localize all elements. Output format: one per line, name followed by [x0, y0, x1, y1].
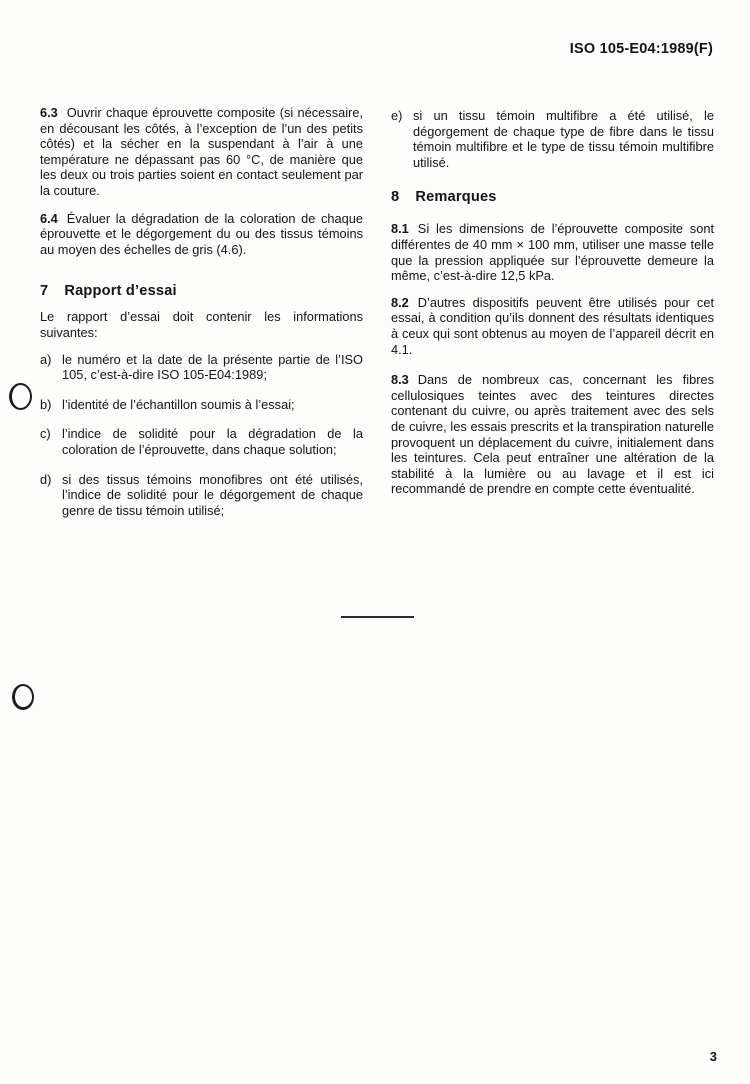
clause-text: D’autres dispositifs peuvent être utilis… [391, 295, 714, 357]
clause-text: Ouvrir chaque éprouvette composite (si n… [40, 105, 363, 198]
list-item-label: e) [391, 108, 413, 170]
clause-number: 6.4 [40, 211, 67, 226]
list-item-label: d) [40, 472, 62, 519]
clause-number: 8.3 [391, 372, 418, 387]
left-column: 6.3Ouvrir chaque éprouvette composite (s… [40, 105, 363, 518]
list-item-b: b) l’identité de l’échantillon soumis à … [40, 397, 363, 413]
section-8-heading: 8Remarques [391, 189, 714, 206]
list-item-e: e) si un tissu témoin multifibre a été u… [391, 108, 714, 170]
section-7-heading: 7Rapport d’essai [40, 283, 363, 300]
list-item-text: l’identité de l’échantillon soumis à l’e… [62, 397, 363, 413]
clause-number: 6.3 [40, 105, 67, 120]
clause-8-1: 8.1Si les dimensions de l’éprouvette com… [391, 221, 714, 283]
clause-text: Dans de nombreux cas, concernant les fib… [391, 372, 714, 496]
document-page: ISO 105-E04:1989(F) 6.3Ouvrir chaque épr… [0, 0, 750, 1084]
list-item-d: d) si des tissus témoins monofibres ont … [40, 472, 363, 519]
list-item-text: l’indice de solidité pour la dégradation… [62, 426, 363, 457]
list-item-label: a) [40, 352, 62, 383]
clause-number: 8.2 [391, 295, 418, 310]
section-number: 8 [391, 189, 415, 205]
clause-6-4: 6.4Évaluer la dégradation de la colorati… [40, 211, 363, 258]
section-title: Rapport d’essai [64, 283, 176, 299]
right-column: e) si un tissu témoin multifibre a été u… [391, 108, 714, 497]
section-number: 7 [40, 283, 64, 299]
clause-6-3: 6.3Ouvrir chaque éprouvette composite (s… [40, 105, 363, 199]
list-item-text: le numéro et la date de la présente part… [62, 352, 363, 383]
document-reference-header: ISO 105-E04:1989(F) [570, 41, 713, 57]
list-item-text: si des tissus témoins monofibres ont été… [62, 472, 363, 519]
list-item-label: b) [40, 397, 62, 413]
list-item-a: a) le numéro et la date de la présente p… [40, 352, 363, 383]
section-7-intro: Le rapport d’essai doit contenir les inf… [40, 309, 363, 340]
clause-text: Évaluer la dégradation de la coloration … [40, 211, 363, 257]
page-number: 3 [710, 1049, 717, 1064]
section-divider-rule [341, 616, 414, 618]
clause-text: Si les dimensions de l’éprouvette compos… [391, 221, 714, 283]
section-title: Remarques [415, 189, 496, 205]
list-item-c: c) l’indice de solidité pour la dégradat… [40, 426, 363, 457]
clause-8-3: 8.3Dans de nombreux cas, concernant les … [391, 372, 714, 497]
list-item-label: c) [40, 426, 62, 457]
list-item-text: si un tissu témoin multifibre a été util… [413, 108, 714, 170]
clause-8-2: 8.2D’autres dispositifs peuvent être uti… [391, 295, 714, 357]
punch-hole-mark [12, 684, 34, 710]
clause-number: 8.1 [391, 221, 418, 236]
punch-hole-mark [9, 383, 32, 410]
